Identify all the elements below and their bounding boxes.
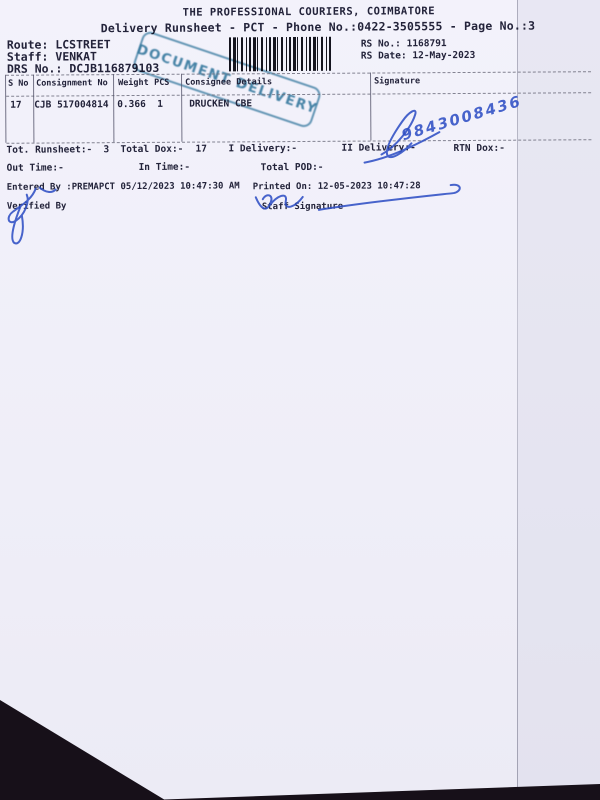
col-divider-consignee — [370, 73, 371, 141]
rtn-dox-label: RTN Dox:- — [453, 144, 505, 155]
header-s-no: S No — [8, 80, 29, 89]
header-consignee: Consignee Details — [185, 78, 272, 88]
header-consignment: Consignment No — [36, 79, 108, 89]
signature-phone-number: 9843008436 — [399, 92, 523, 144]
delivery-2-label: II Delivery:- — [341, 143, 415, 154]
verified-by-label: Verified By — [7, 202, 67, 212]
scanned-delivery-runsheet: THE PROFESSIONAL COURIERS, COIMBATORE De… — [0, 0, 600, 800]
col-divider-consignment — [113, 74, 114, 142]
entered-by-line: Entered By :PREMAPCT 05/12/2023 10:47:30… — [7, 182, 240, 193]
row-consignment: CJB 517004814 — [34, 100, 108, 111]
total-dox-value: 17 — [195, 145, 207, 156]
total-dox-label: Total Dox:- — [120, 145, 183, 156]
in-time-label: In Time:- — [139, 163, 191, 174]
staff-signature-label: Staff Signature — [262, 203, 343, 213]
row-pcs: 1 — [157, 100, 163, 110]
row-consignee: DRUCKEN CBE — [189, 99, 252, 110]
rs-no: RS No.: 1168791 — [361, 39, 447, 50]
table-border-left — [5, 75, 6, 143]
rs-date: RS Date: 12-May-2023 — [361, 51, 475, 62]
row-weight: 0.366 — [117, 100, 146, 111]
printed-on-line: Printed On: 12-05-2023 10:47:28 — [253, 182, 421, 193]
delivery-1-label: I Delivery:- — [228, 144, 297, 155]
company-title: THE PROFESSIONAL COURIERS, COIMBATORE — [183, 6, 435, 19]
header-pcs: PCS — [154, 79, 169, 88]
runsheet-subtitle: Delivery Runsheet - PCT - Phone No.:0422… — [101, 20, 536, 35]
out-time-label: Out Time:- — [7, 163, 64, 174]
row-s-no: 17 — [10, 101, 22, 112]
tot-runsheet-label: Tot. Runsheet:- — [6, 145, 92, 156]
tot-runsheet-value: 3 — [103, 145, 109, 155]
total-pod-label: Total POD:- — [261, 163, 324, 174]
document-content: THE PROFESSIONAL COURIERS, COIMBATORE De… — [0, 0, 600, 800]
header-weight: Weight — [118, 79, 149, 89]
header-signature: Signature — [374, 77, 420, 87]
